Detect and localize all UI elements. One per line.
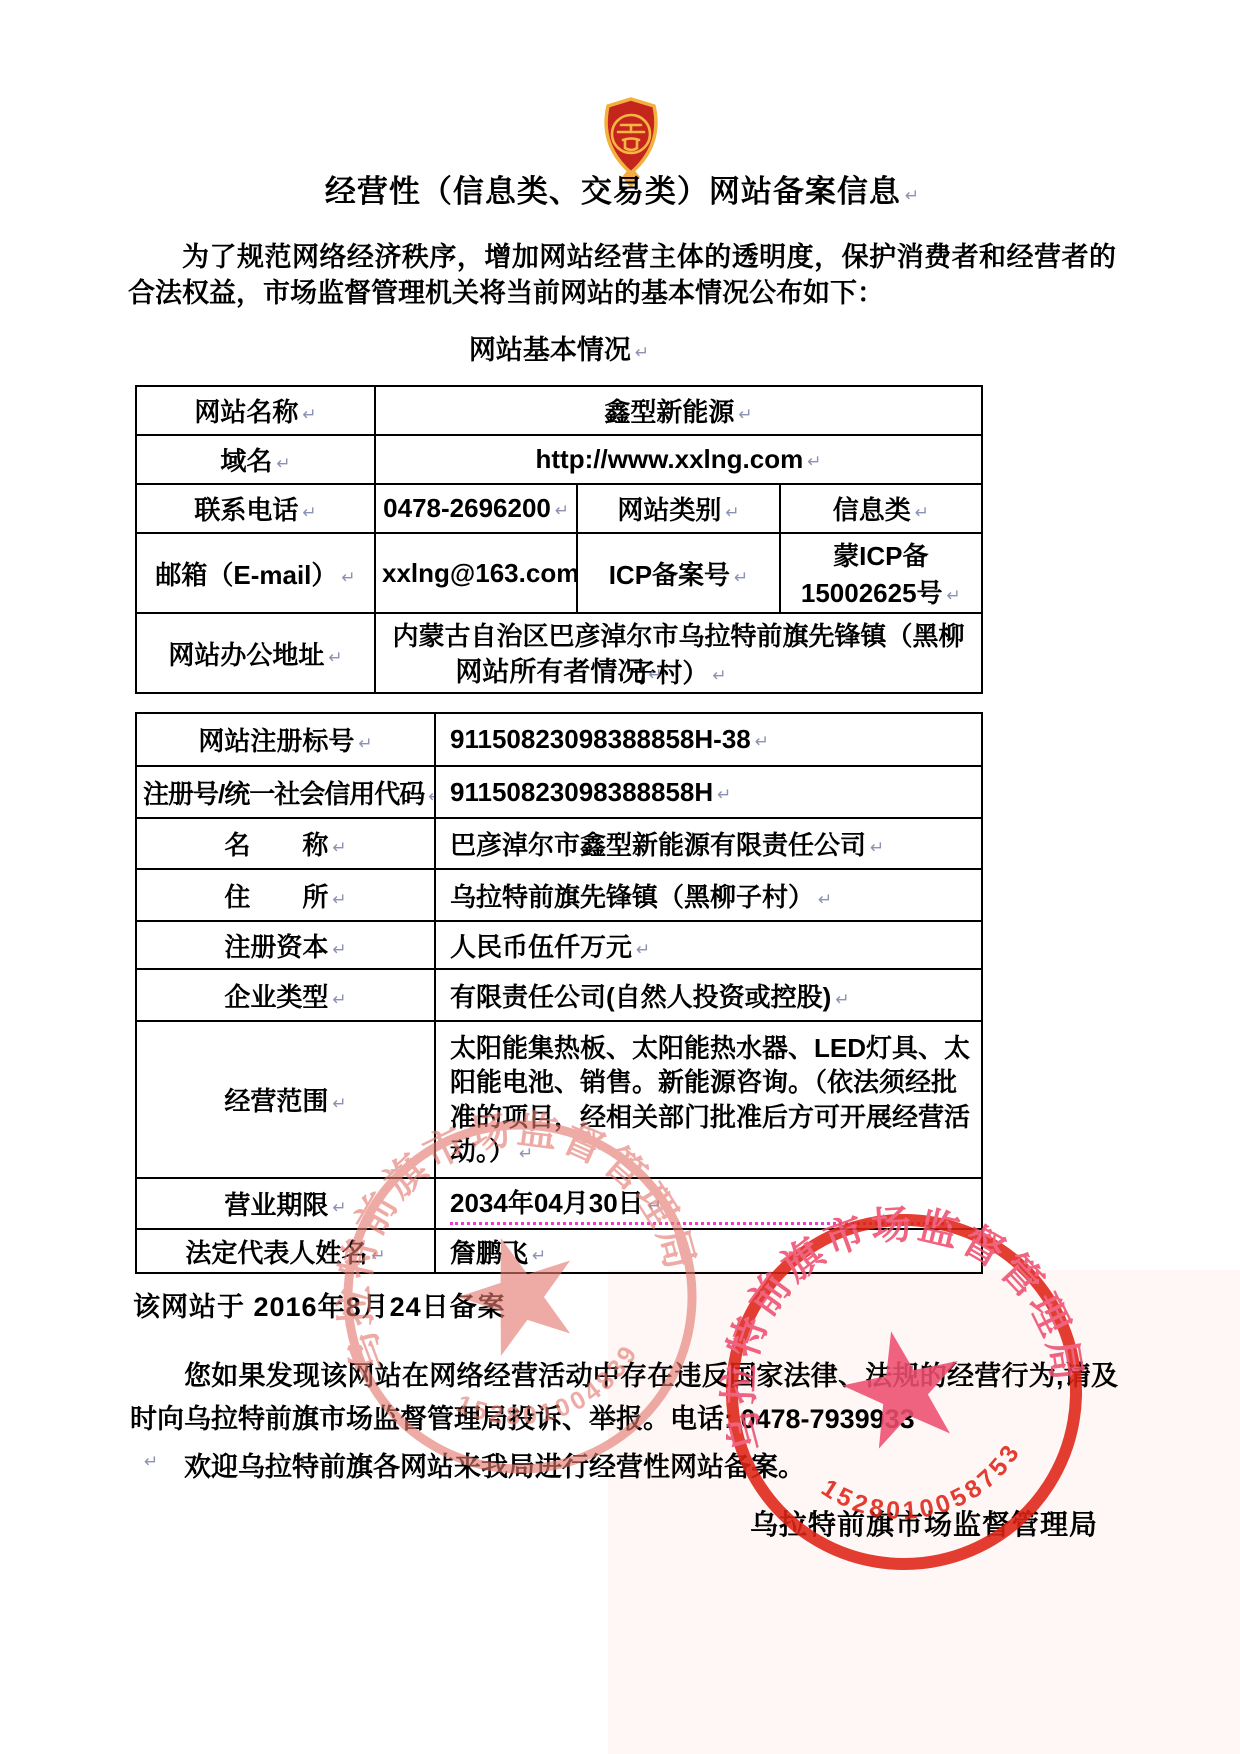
table-row: 经营范围 太阳能集热板、太阳能热水器、LED灯具、太阳能电池、销售。新能源咨询。… <box>136 1021 982 1178</box>
site-name-value: 鑫型新能源 <box>375 386 982 435</box>
legal-rep-value: 詹鹏飞 <box>435 1229 982 1273</box>
credit-code-value: 91150823098388858H <box>435 766 982 818</box>
table-row: 网站注册标号 91150823098388858H-38 <box>136 713 982 766</box>
phone-value: 0478-2696200 <box>375 484 577 533</box>
table-row: 网站名称 鑫型新能源 <box>136 386 982 435</box>
table-row: 企业类型 有限责任公司(自然人投资或控股) <box>136 969 982 1021</box>
site-type-label: 网站类别 <box>577 484 779 533</box>
business-term-label: 营业期限 <box>136 1178 435 1229</box>
site-name-label: 网站名称 <box>136 386 375 435</box>
basic-section-heading: 网站基本情况 <box>135 328 983 367</box>
domain-value: http://www.xxlng.com <box>375 435 982 484</box>
table-row: 营业期限 2034年04月30日 <box>136 1178 982 1229</box>
table-row: 法定代表人姓名 詹鹏飞 <box>136 1229 982 1273</box>
company-name-label: 名 称 <box>136 818 435 869</box>
table-row: 注册号/统一社会信用代码 91150823098388858H <box>136 766 982 818</box>
legal-rep-label: 法定代表人姓名 <box>136 1229 435 1273</box>
table-row: 域名 http://www.xxlng.com <box>136 435 982 484</box>
table-row: 邮箱（E-mail） xxlng@163.com ICP备案号 蒙ICP备150… <box>136 533 982 613</box>
page-title: 经营性（信息类、交易类）网站备案信息 <box>125 166 1120 211</box>
domain-label: 域名 <box>136 435 375 484</box>
empty-paragraph-mark <box>140 1452 158 1473</box>
owner-info-table: 网站注册标号 91150823098388858H-38 注册号/统一社会信用代… <box>135 712 983 1274</box>
company-type-value: 有限责任公司(自然人投资或控股) <box>435 969 982 1021</box>
site-reg-no-value: 91150823098388858H-38 <box>435 713 982 766</box>
intro-paragraph: 为了规范网络经济秩序，增加网站经营主体的透明度，保护消费者和经营者的合法权益，市… <box>128 239 1116 312</box>
site-reg-no-label: 网站注册标号 <box>136 713 435 766</box>
owner-section-heading: 网站所有者情况 <box>135 650 983 689</box>
business-term-value: 2034年04月30日 <box>435 1178 982 1229</box>
welcome-line: 欢迎乌拉特前旗各网站来我局进行经营性网站备案。 <box>130 1445 1118 1484</box>
site-type-value: 信息类 <box>780 484 982 533</box>
business-scope-value: 太阳能集热板、太阳能热水器、LED灯具、太阳能电池、销售。新能源咨询。（依法须经… <box>435 1021 982 1178</box>
table-row: 名 称 巴彦淖尔市鑫型新能源有限责任公司 <box>136 818 982 869</box>
owner-address-value: 乌拉特前旗先锋镇（黑柳子村） <box>435 869 982 921</box>
registered-capital-value: 人民币伍仟万元 <box>435 921 982 969</box>
agency-signature: 乌拉特前旗市场监督管理局 <box>750 1503 1098 1543</box>
company-type-label: 企业类型 <box>136 969 435 1021</box>
table-row: 联系电话 0478-2696200 网站类别 信息类 <box>136 484 982 533</box>
registered-capital-label: 注册资本 <box>136 921 435 969</box>
table-row: 住 所 乌拉特前旗先锋镇（黑柳子村） <box>136 869 982 921</box>
icp-value: 蒙ICP备15002625号 <box>780 533 982 613</box>
filing-date-line: 该网站于 2016年8月24日备案 <box>133 1285 506 1324</box>
basic-info-table: 网站名称 鑫型新能源 域名 http://www.xxlng.com 联系电话 … <box>135 385 983 694</box>
business-scope-label: 经营范围 <box>136 1021 435 1178</box>
complaint-notice: 您如果发现该网站在网络经营活动中存在违反国家法律、法规的经营行为,请及时向乌拉特… <box>130 1355 1118 1441</box>
table-row: 注册资本 人民币伍仟万元 <box>136 921 982 969</box>
phone-label: 联系电话 <box>136 484 375 533</box>
email-label: 邮箱（E-mail） <box>136 533 375 613</box>
credit-code-label: 注册号/统一社会信用代码 <box>136 766 435 818</box>
email-value: xxlng@163.com <box>375 533 577 613</box>
owner-address-label: 住 所 <box>136 869 435 921</box>
icp-label: ICP备案号 <box>577 533 779 613</box>
company-name-value: 巴彦淖尔市鑫型新能源有限责任公司 <box>435 818 982 869</box>
